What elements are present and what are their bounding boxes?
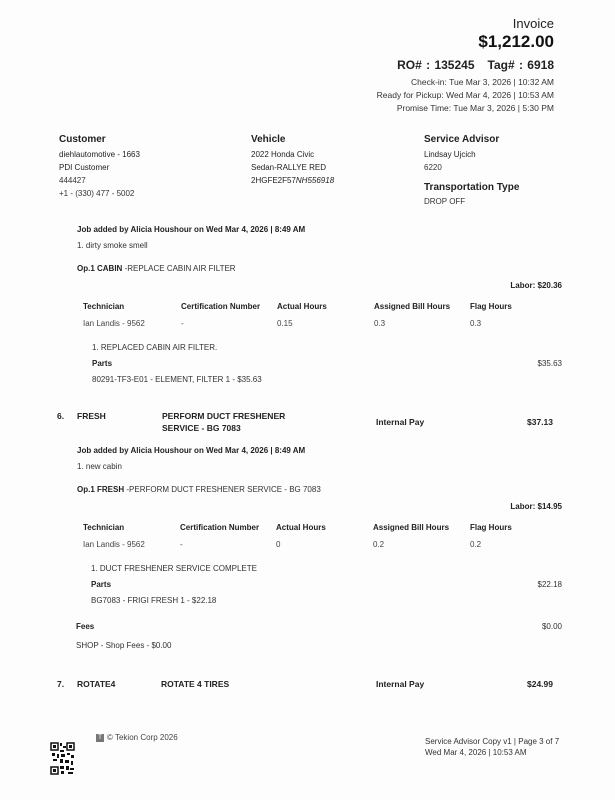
job7-code: ROTATE4 xyxy=(77,679,115,689)
job6-story: 1. DUCT FRESHENER SERVICE COMPLETE xyxy=(91,564,257,573)
job5-parts-line: 80291-TF3-E01 - ELEMENT, FILTER 1 - $35.… xyxy=(92,375,262,384)
customer-name: diehlautomotive - 1663 xyxy=(59,148,140,161)
job5-labor: Labor: $20.36 xyxy=(510,281,562,290)
job5-operation: Op.1 CABIN -REPLACE CABIN AIR FILTER xyxy=(77,264,236,273)
tag-number: Tag# : 6918 xyxy=(488,58,554,72)
td-actual-hours: 0.15 xyxy=(277,319,293,328)
job5-story: 1. REPLACED CABIN AIR FILTER. xyxy=(92,343,217,352)
advisor-name: Lindsay Ujcich xyxy=(424,148,499,161)
vin-prefix: 2HGFE2F57 xyxy=(251,176,296,185)
td-flag-hours: 0.2 xyxy=(470,540,481,549)
document-type: Invoice xyxy=(513,16,554,31)
customer-id: 444427 xyxy=(59,174,140,187)
th-assigned-bill-hours: Assigned Bill Hours xyxy=(374,302,450,311)
th-technician: Technician xyxy=(83,523,124,532)
job6-added-by: Job added by Alicia Houshour on Wed Mar … xyxy=(77,446,305,455)
transport-section: Transportation Type DROP OFF xyxy=(424,182,519,208)
job6-fees-line: SHOP - Shop Fees - $0.00 xyxy=(76,641,171,650)
job5-op-code: Op.1 CABIN xyxy=(77,264,122,273)
job6-parts-line: BG7083 - FRIGI FRESH 1 - $22.18 xyxy=(91,596,216,605)
job5-concern: 1. dirty smoke smell xyxy=(77,241,148,250)
job7-number: 7. xyxy=(57,679,64,689)
th-assigned-bill-hours: Assigned Bill Hours xyxy=(373,523,449,532)
job5-op-desc: -REPLACE CABIN AIR FILTER xyxy=(125,264,236,273)
footer-copy-info: Service Advisor Copy v1 | Page 3 of 7 xyxy=(425,737,559,746)
checkin-time: Check-in: Tue Mar 3, 2026 | 10:32 AM xyxy=(411,77,554,87)
qr-code-icon xyxy=(50,741,75,776)
vehicle-trim: Sedan-RALLYE RED xyxy=(251,161,334,174)
job5-parts-total: $35.63 xyxy=(538,359,562,368)
vehicle-model: 2022 Honda Civic xyxy=(251,148,334,161)
tekion-logo-icon: T xyxy=(96,734,104,742)
job6-fees-label: Fees xyxy=(76,622,94,631)
th-flag-hours: Flag Hours xyxy=(470,302,512,311)
td-assigned-bill-hours: 0.2 xyxy=(373,540,384,549)
job6-title: PERFORM DUCT FRESHENER SERVICE - BG 7083 xyxy=(162,410,292,434)
footer-timestamp: Wed Mar 4, 2026 | 10:53 AM xyxy=(425,748,527,757)
transport-title: Transportation Type xyxy=(424,182,519,193)
job6-labor: Labor: $14.95 xyxy=(510,502,562,511)
ready-time: Ready for Pickup: Wed Mar 4, 2026 | 10:5… xyxy=(377,90,554,100)
customer-type: PDI Customer xyxy=(59,161,140,174)
customer-section: Customer diehlautomotive - 1663 PDI Cust… xyxy=(59,134,140,200)
vehicle-title: Vehicle xyxy=(251,134,334,145)
advisor-id: 6220 xyxy=(424,161,499,174)
job7-amount: $24.99 xyxy=(527,679,553,689)
th-certification: Certification Number xyxy=(181,302,260,311)
td-actual-hours: 0 xyxy=(276,540,280,549)
job6-op-code: Op.1 FRESH xyxy=(77,485,124,494)
job5-parts-label: Parts xyxy=(92,359,112,368)
invoice-total: $1,212.00 xyxy=(478,32,554,52)
th-certification: Certification Number xyxy=(180,523,259,532)
customer-title: Customer xyxy=(59,134,140,145)
th-actual-hours: Actual Hours xyxy=(277,302,327,311)
vehicle-vin: 2HGFE2F57NH556918 xyxy=(251,174,334,187)
td-certification: - xyxy=(181,319,184,328)
td-technician: Ian Landis - 9562 xyxy=(83,319,145,328)
job6-code: FRESH xyxy=(77,411,106,421)
job7-pay-type: Internal Pay xyxy=(376,679,424,689)
job6-pay-type: Internal Pay xyxy=(376,417,424,427)
customer-phone: +1 - (330) 477 - 5002 xyxy=(59,187,140,200)
th-flag-hours: Flag Hours xyxy=(470,523,512,532)
job6-concern: 1. new cabin xyxy=(77,462,122,471)
th-technician: Technician xyxy=(83,302,124,311)
vin-suffix: NH556918 xyxy=(296,176,334,185)
th-actual-hours: Actual Hours xyxy=(276,523,326,532)
td-flag-hours: 0.3 xyxy=(470,319,481,328)
vehicle-section: Vehicle 2022 Honda Civic Sedan-RALLYE RE… xyxy=(251,134,334,187)
job6-operation: Op.1 FRESH -PERFORM DUCT FRESHENER SERVI… xyxy=(77,485,321,494)
job6-parts-label: Parts xyxy=(91,580,111,589)
td-certification: - xyxy=(180,540,183,549)
promise-time: Promise Time: Tue Mar 3, 2026 | 5:30 PM xyxy=(397,103,554,113)
job6-number: 6. xyxy=(57,411,64,421)
advisor-title: Service Advisor xyxy=(424,134,499,145)
job7-title: ROTATE 4 TIRES xyxy=(161,679,229,689)
job6-op-desc: -PERFORM DUCT FRESHENER SERVICE - BG 708… xyxy=(126,485,320,494)
job5-added-by: Job added by Alicia Houshour on Wed Mar … xyxy=(77,225,305,234)
transport-value: DROP OFF xyxy=(424,195,519,208)
ro-number: RO# : 135245 xyxy=(397,58,474,72)
td-assigned-bill-hours: 0.3 xyxy=(374,319,385,328)
footer-copyright: © Tekion Corp 2026 xyxy=(107,733,178,742)
job6-parts-total: $22.18 xyxy=(538,580,562,589)
job6-amount: $37.13 xyxy=(527,417,553,427)
td-technician: Ian Landis - 9562 xyxy=(83,540,145,549)
ro-tag-line: RO# : 135245 Tag# : 6918 xyxy=(397,58,554,72)
advisor-section: Service Advisor Lindsay Ujcich 6220 xyxy=(424,134,499,174)
job6-fees-total: $0.00 xyxy=(542,622,562,631)
